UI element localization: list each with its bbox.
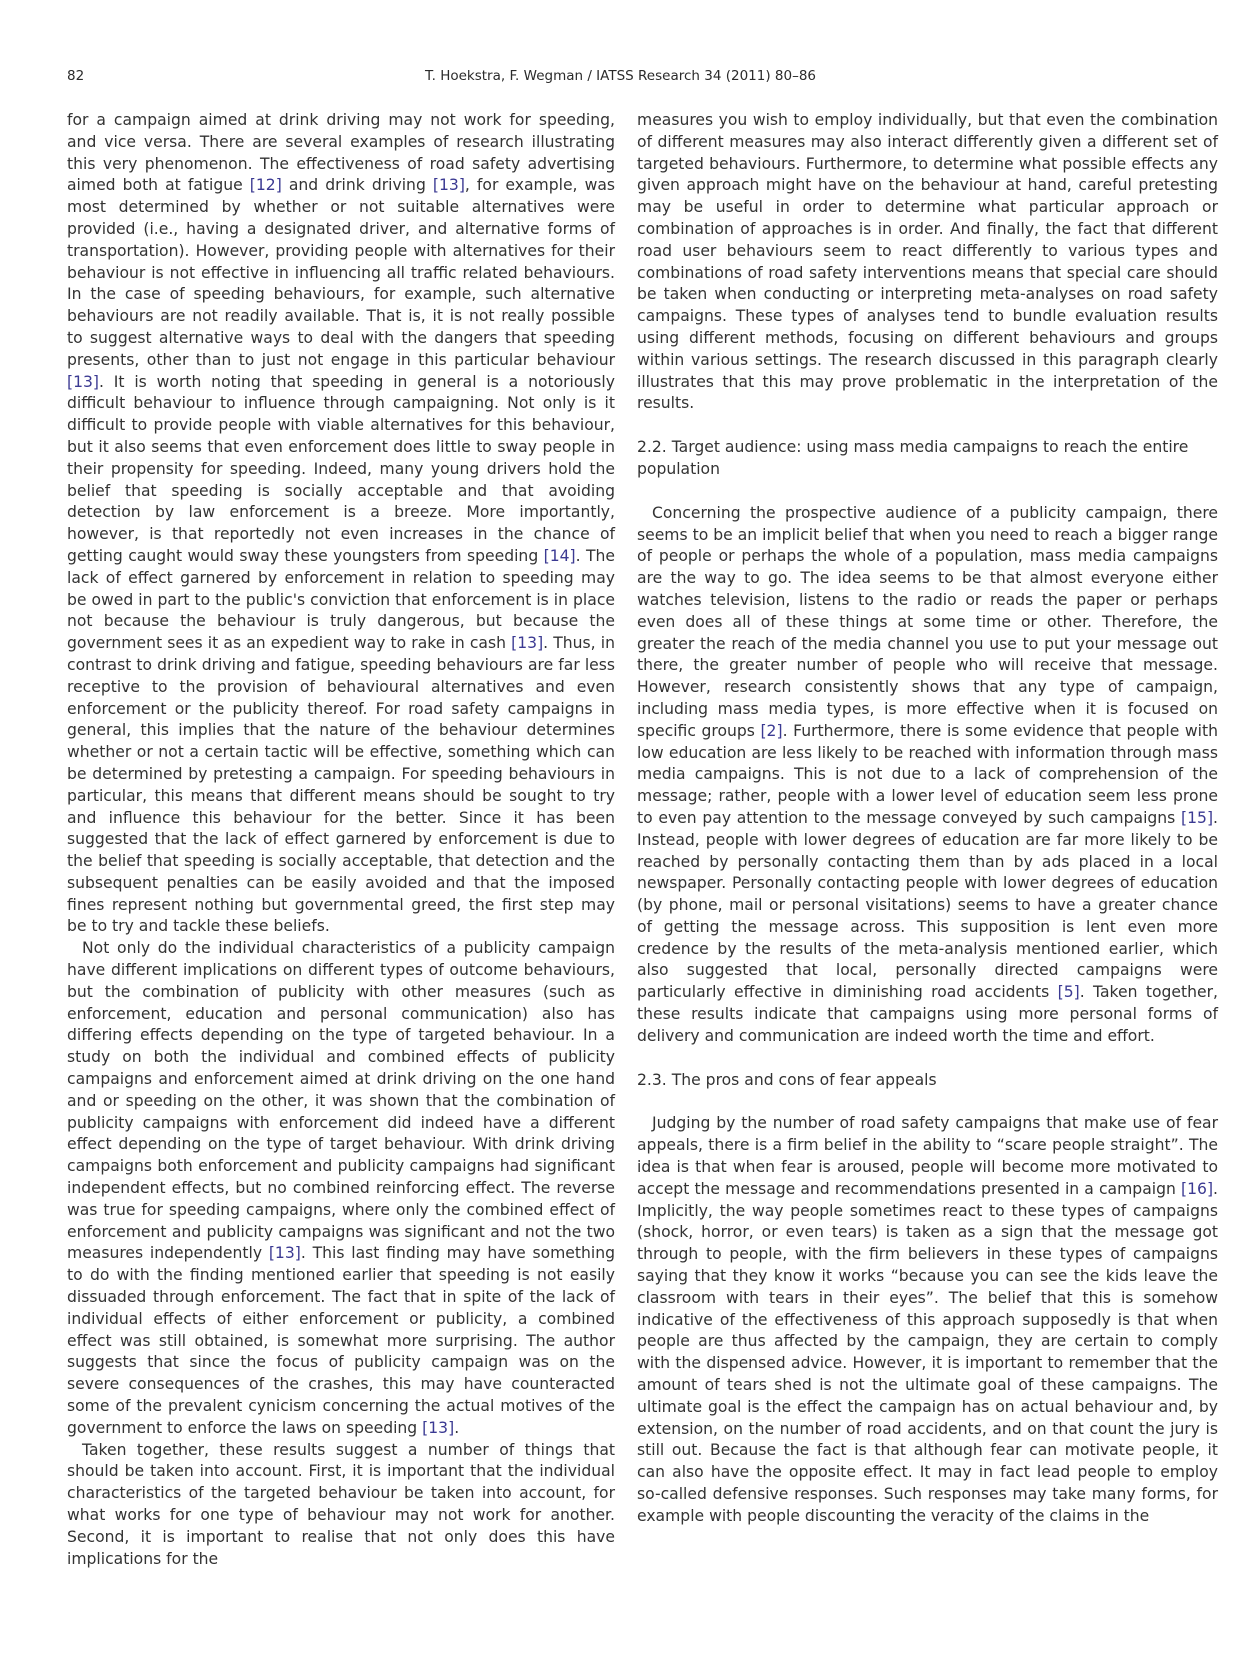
section-heading: 2.3. The pros and cons of fear appeals: [637, 1070, 1218, 1092]
paragraph: measures you wish to employ individually…: [637, 110, 1218, 415]
citation-link[interactable]: [16]: [1181, 1180, 1213, 1198]
citation-link[interactable]: [13]: [511, 634, 543, 652]
paragraph: Taken together, these results suggest a …: [67, 1440, 615, 1571]
paragraph: Concerning the prospective audience of a…: [637, 503, 1218, 1048]
citation-link[interactable]: [15]: [1181, 809, 1213, 827]
citation-link[interactable]: [13]: [269, 1244, 301, 1262]
citation-link[interactable]: [13]: [67, 373, 99, 391]
paragraph: for a campaign aimed at drink driving ma…: [67, 110, 615, 938]
left-column: for a campaign aimed at drink driving ma…: [67, 110, 615, 1570]
running-title: T. Hoekstra, F. Wegman / IATSS Research …: [0, 68, 1241, 84]
page-header: 82 T. Hoekstra, F. Wegman / IATSS Resear…: [0, 68, 1241, 88]
paper-page: 82 T. Hoekstra, F. Wegman / IATSS Resear…: [0, 0, 1241, 1654]
citation-link[interactable]: [13]: [422, 1419, 454, 1437]
paragraph: Not only do the individual characteristi…: [67, 938, 615, 1439]
citation-link[interactable]: [13]: [433, 176, 465, 194]
right-column: measures you wish to employ individually…: [637, 110, 1218, 1528]
paragraph: Judging by the number of road safety cam…: [637, 1113, 1218, 1527]
section-heading: 2.2. Target audience: using mass media c…: [637, 437, 1218, 481]
citation-link[interactable]: [5]: [1058, 983, 1080, 1001]
citation-link[interactable]: [2]: [760, 722, 782, 740]
citation-link[interactable]: [12]: [250, 176, 282, 194]
citation-link[interactable]: [14]: [544, 547, 576, 565]
